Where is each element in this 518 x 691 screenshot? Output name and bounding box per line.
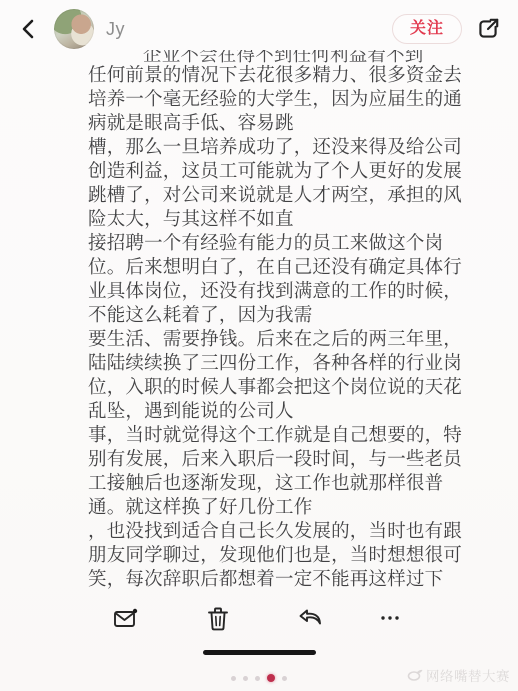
pagination-dot[interactable] — [243, 676, 248, 681]
post-text-line: 业具体岗位，还没有找到满意的工作的时候， — [88, 279, 480, 303]
watermark: 网络嘴替大赛 — [407, 665, 510, 685]
image-viewer-toolbar — [0, 600, 518, 638]
reply-button[interactable] — [295, 603, 325, 633]
avatar[interactable] — [54, 9, 94, 49]
pagination-dot-active[interactable] — [267, 674, 275, 682]
post-text-line: 不能这么耗着了，因为我需 — [88, 303, 480, 327]
post-screen: Jy 关注 企业不会在得不到任何利益看不到 任何前景的情况下去花很多精力、很多资… — [0, 0, 518, 691]
delete-button[interactable] — [203, 603, 233, 633]
post-text-line: 接招聘一个有经验有能力的员工来做这个岗 — [88, 231, 480, 255]
follow-button[interactable]: 关注 — [392, 14, 462, 44]
post-text-line: 事，当时就觉得这个工作就是自己想要的，特 — [88, 423, 480, 447]
watermark-text: 网络嘴替大赛 — [426, 665, 510, 685]
post-text-line: 培养一个毫无经验的大学生，因为应届生的通 — [88, 87, 480, 111]
post-text-line: 槽，那么一旦培养成功了，还没来得及给公司 — [88, 135, 480, 159]
more-icon — [376, 604, 404, 632]
post-text-line: 病就是眼高手低、容易跳 — [88, 111, 480, 135]
post-text-line: 工接触后也逐渐发现，这工作也就那样很普 — [88, 471, 480, 495]
home-indicator-bar[interactable] — [203, 650, 316, 655]
mail-button[interactable] — [110, 603, 140, 633]
more-button[interactable] — [375, 603, 405, 633]
post-text-line: 险太大，与其这样不如直 — [88, 207, 480, 231]
clipped-text-line: 企业不会在得不到任何利益看不到 — [88, 50, 480, 63]
mail-badge-dot — [133, 609, 137, 613]
post-text-line: ，也没找到适合自己长久发展的，当时也有跟 — [88, 519, 480, 543]
post-text-line: 要生活、需要挣钱。后来在之后的两三年里， — [88, 327, 480, 351]
post-text-line: 别有发展，后来入职后一段时间，与一些老员 — [88, 447, 480, 471]
back-button[interactable] — [16, 16, 42, 42]
pagination-dot[interactable] — [282, 676, 287, 681]
pagination-dot[interactable] — [231, 676, 236, 681]
post-text-line: 通。就这样换了好几份工作 — [88, 495, 480, 519]
post-text-line: 笑，每次辞职后都想着一定不能再这样过下 — [88, 567, 480, 591]
post-text-line: 朋友同学聊过，发现他们也是，当时想想很可 — [88, 543, 480, 567]
post-text-line: 任何前景的情况下去花很多精力、很多资金去 — [88, 63, 480, 87]
post-text-line: 位，入职的时候人事都会把这个岗位说的天花 — [88, 375, 480, 399]
post-lines: 任何前景的情况下去花很多精力、很多资金去培养一个毫无经验的大学生，因为应届生的通… — [88, 63, 480, 591]
post-text-line: 乱坠，遇到能说的公司人 — [88, 399, 480, 423]
post-text-line: 跳槽了，对公司来说就是人才两空，承担的风 — [88, 183, 480, 207]
post-text-line: 位。后来想明白了，在自己还没有确定具体行 — [88, 255, 480, 279]
watermark-logo-icon — [407, 668, 423, 682]
pagination-dot[interactable] — [255, 676, 260, 681]
share-button[interactable] — [474, 15, 502, 43]
chevron-left-icon — [18, 18, 40, 40]
post-text-line: 陆陆续续换了三四份工作，各种各样的行业岗 — [88, 351, 480, 375]
trash-icon — [205, 604, 231, 632]
share-external-icon — [475, 16, 501, 42]
post-text-line: 创造利益，这员工可能就为了个人更好的发展 — [88, 159, 480, 183]
reply-icon — [296, 605, 324, 631]
mail-icon — [111, 604, 139, 632]
post-body: 企业不会在得不到任何利益看不到 任何前景的情况下去花很多精力、很多资金去培养一个… — [88, 50, 480, 591]
username: Jy — [106, 19, 125, 40]
